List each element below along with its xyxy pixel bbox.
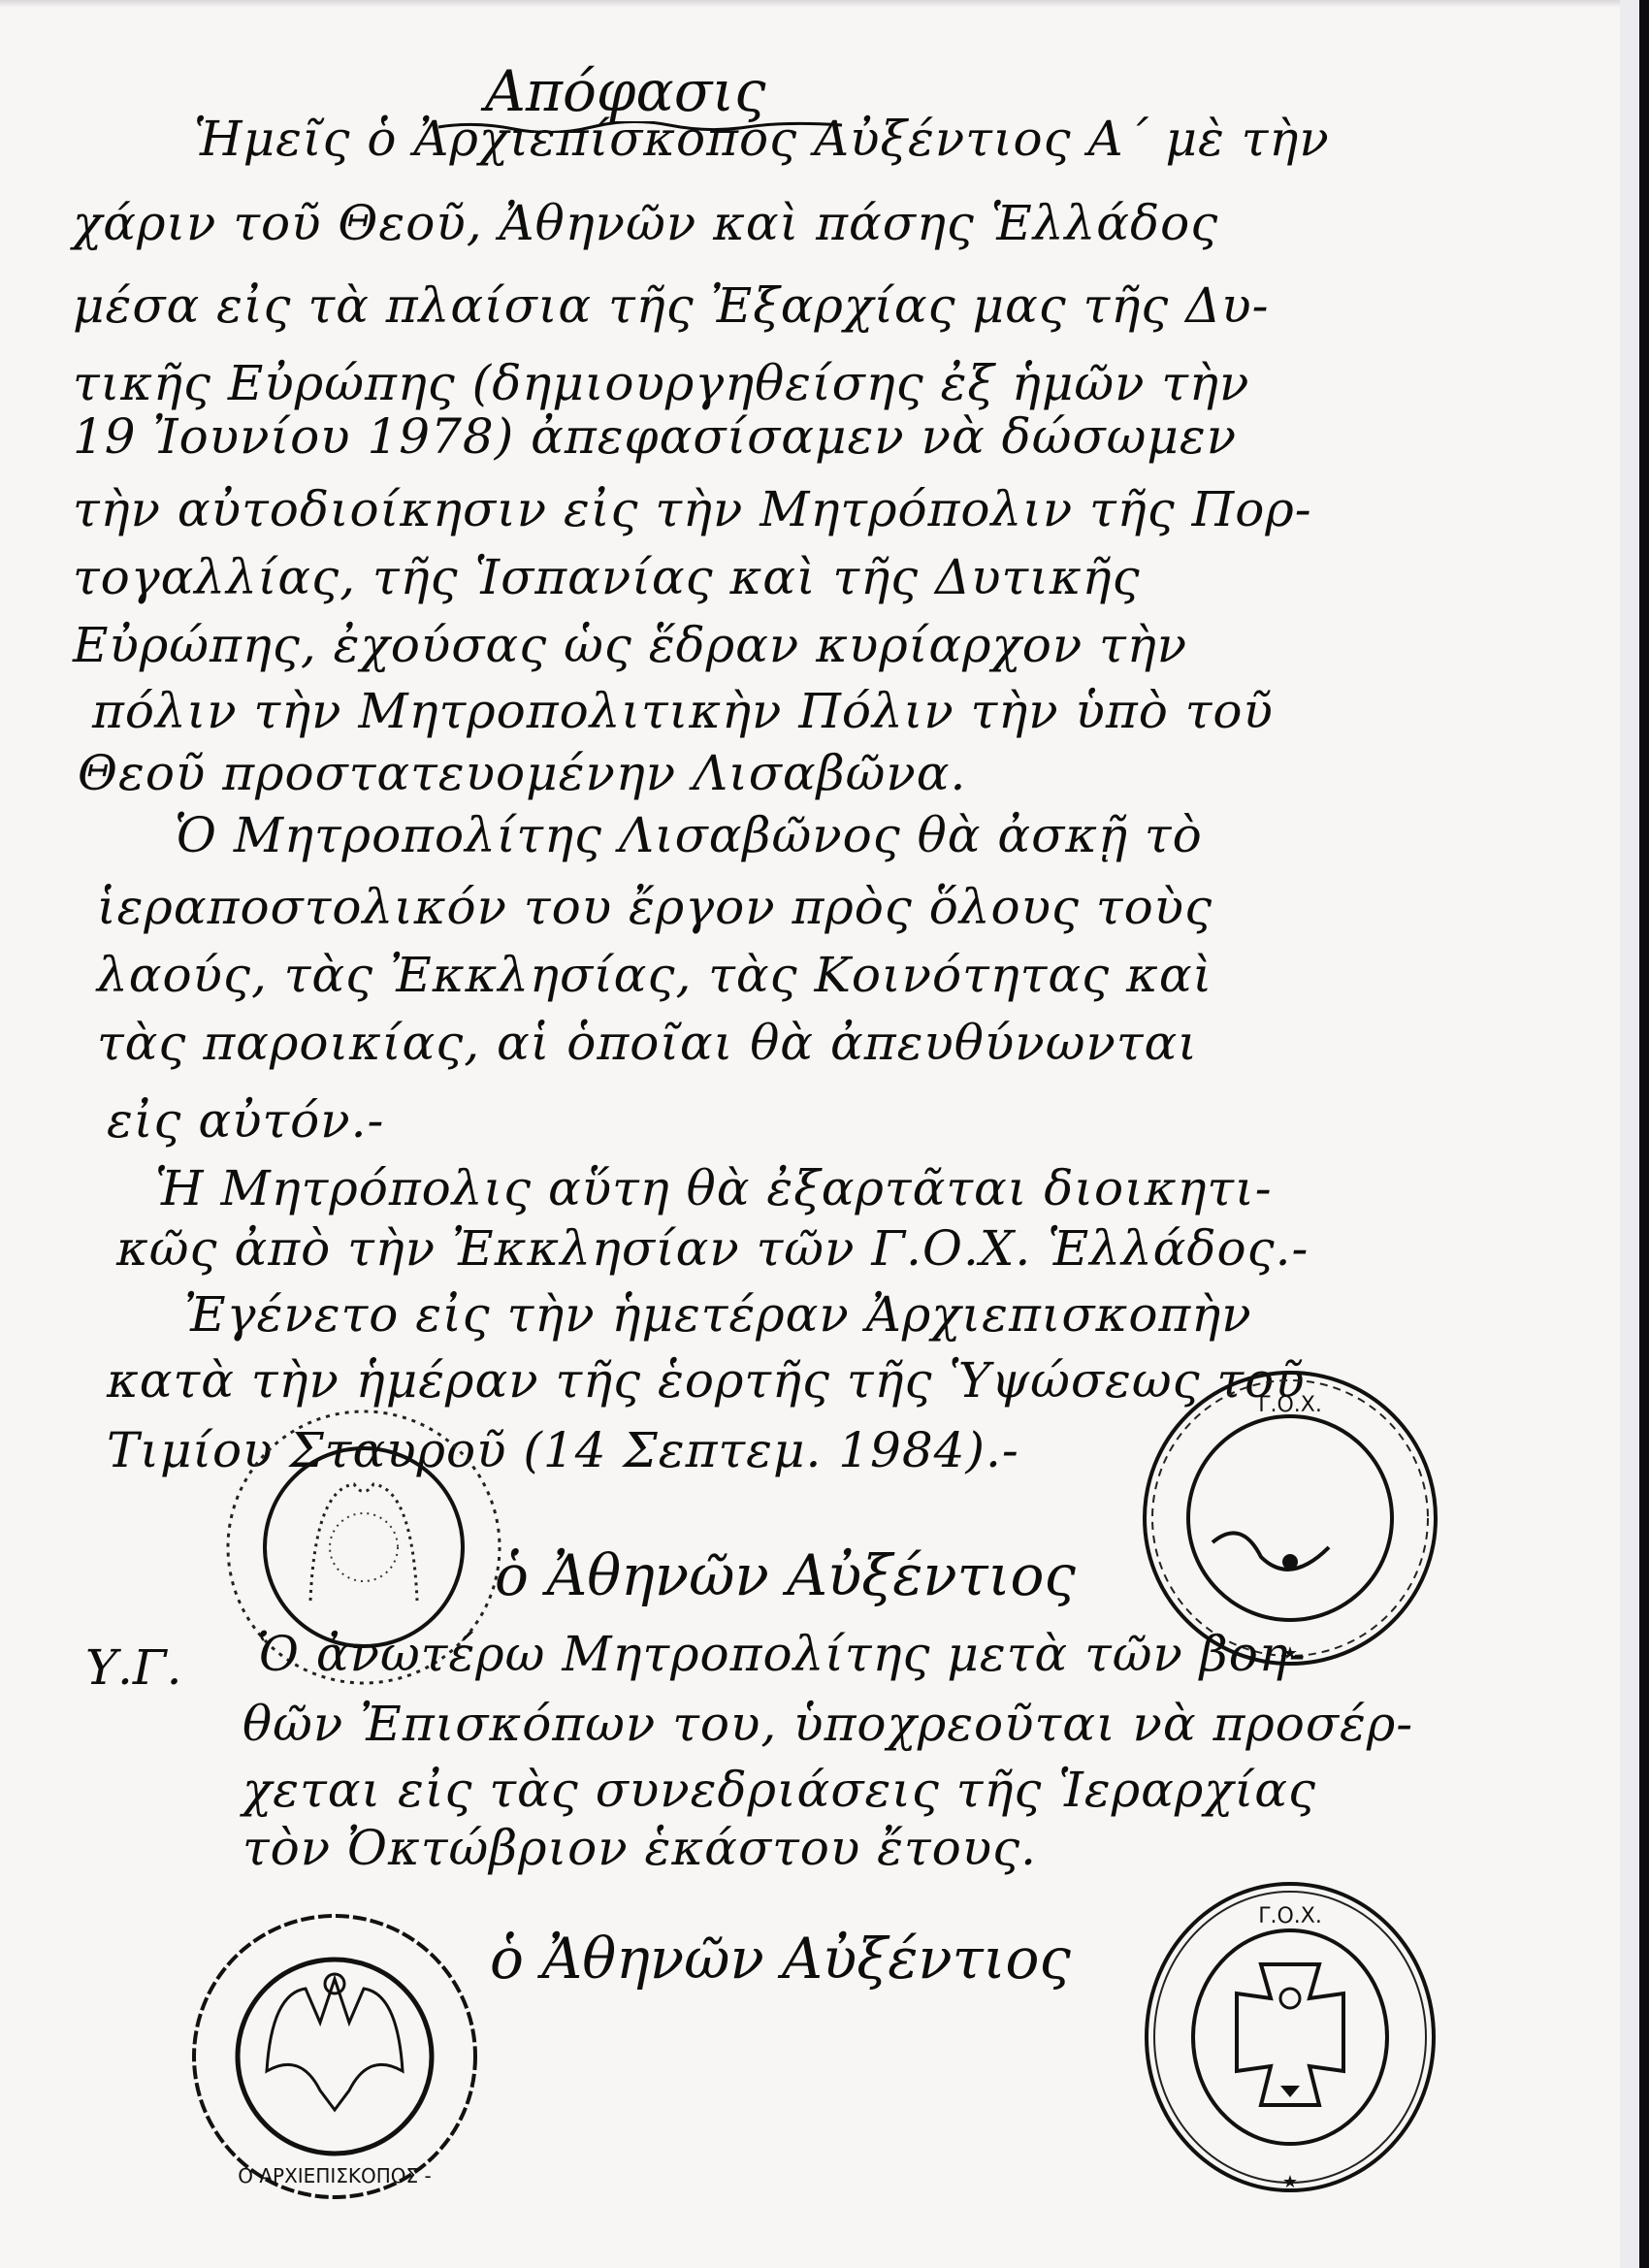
seal-church-cross-icon: Γ.Ο.Χ. ★	[1135, 1872, 1445, 2202]
scanner-border	[1639, 0, 1649, 2268]
body-line: Ἡμεῖς ὁ Ἀρχιεπίσκοπος Αὐξέντιος Α΄ μὲ τὴ…	[194, 114, 1330, 163]
body-line: μέσα εἰς τὰ πλαίσια τῆς Ἐξαρχίας μας τῆς…	[73, 281, 1270, 330]
postscript-line: θῶν Ἐπισκόπων του, ὑποχρεοῦται νὰ προσέρ…	[242, 1700, 1413, 1748]
postscript-line: τὸν Ὀκτώβριον ἑκάστου ἔτους.	[242, 1824, 1037, 1872]
body-line: τὴν αὐτοδιοίκησιν εἰς τὴν Μητρόπολιν τῆς…	[73, 485, 1312, 534]
scan-edge-strip	[1620, 0, 1639, 2268]
body-line: τὰς παροικίας, αἱ ὁποῖαι θὰ ἀπευθύνωνται	[97, 1019, 1198, 1067]
body-line: τικῆς Εὐρώπης (δημιουργηθείσης ἐξ ἡμῶν τ…	[73, 359, 1249, 407]
svg-text:★: ★	[1282, 2172, 1298, 2192]
body-line: κῶς ἀπὸ τὴν Ἐκκλησίαν τῶν Γ.Ο.Χ. Ἑλλάδος…	[116, 1224, 1309, 1273]
body-line: λαούς, τὰς Ἐκκλησίας, τὰς Κοινότητας καὶ	[97, 951, 1212, 999]
body-line: τογαλλίας, τῆς Ἱσπανίας καὶ τῆς Δυτικῆς	[73, 553, 1141, 601]
body-line: Εὐρώπης, ἐχούσας ὡς ἕδραν κυρίαρχον τὴν	[73, 621, 1187, 669]
postscript-line: χεται εἰς τὰς συνεδριάσεις τῆς Ἱεραρχίας	[242, 1766, 1316, 1814]
body-line: κατὰ τὴν ἡμέραν τῆς ἑορτῆς τῆς Ὑψώσεως τ…	[107, 1356, 1306, 1405]
body-line: Ὁ Μητροπολίτης Λισαβῶνος θὰ ἀσκῇ τὸ	[175, 811, 1203, 859]
body-line: ἱεραποστολικόν του ἔργον πρὸς ὅλους τοὺς	[97, 883, 1212, 931]
postscript-label: Υ.Γ.	[85, 1639, 182, 1696]
document-page: Απόφασις Ἡμεῖς ὁ Ἀρχιεπίσκοπος Αὐξέντιος…	[0, 0, 1620, 2268]
church-seal-bottom: Γ.Ο.Χ. ★	[1135, 1872, 1445, 2202]
postscript-line: Ὁ ἀνωτέρω Μητροπολίτης μετὰ τῶν βοη-	[257, 1630, 1307, 1678]
svg-text:Γ.Ο.Χ.: Γ.Ο.Χ.	[1258, 1904, 1322, 1928]
archbishop-seal-bottom: Ο ΑΡΧΙΕΠΙΣΚΟΠΟΣ -	[184, 1906, 485, 2207]
svg-text:Ο ΑΡΧΙΕΠΙΣΚΟΠΟΣ -: Ο ΑΡΧΙΕΠΙΣΚΟΠΟΣ -	[238, 2164, 432, 2187]
body-line: 19 Ἰουνίου 1978) ἀπεφασίσαμεν νὰ δώσωμεν	[73, 412, 1237, 461]
body-line: χάριν τοῦ Θεοῦ, Ἀθηνῶν καὶ πάσης Ἑλλάδος	[73, 199, 1218, 247]
signature-auxentios-1: ὁ Ἀθηνῶν Αὐξέντιος	[495, 1542, 1076, 1608]
body-line: Ἡ Μητρόπολις αὕτη θὰ ἐξαρτᾶται διοικητι-	[155, 1164, 1273, 1213]
body-line: εἰς αὐτόν.-	[107, 1096, 384, 1145]
body-line: Θεοῦ προστατευομένην Λισαβῶνα.	[78, 749, 966, 797]
body-line: πόλιν τὴν Μητροπολιτικὴν Πόλιν τὴν ὑπὸ τ…	[92, 687, 1274, 735]
svg-text:Γ.Ο.Χ.: Γ.Ο.Χ.	[1258, 1393, 1322, 1417]
body-line: Ἐγένετο εἰς τὴν ἡμετέραν Ἀρχιεπισκοπὴν	[184, 1290, 1252, 1339]
signature-auxentios-2: ὁ Ἀθηνῶν Αὐξέντιος	[490, 1926, 1071, 1992]
page-top-edge	[0, 0, 1620, 8]
seal-eagle-icon: Ο ΑΡΧΙΕΠΙΣΚΟΠΟΣ -	[184, 1906, 485, 2207]
